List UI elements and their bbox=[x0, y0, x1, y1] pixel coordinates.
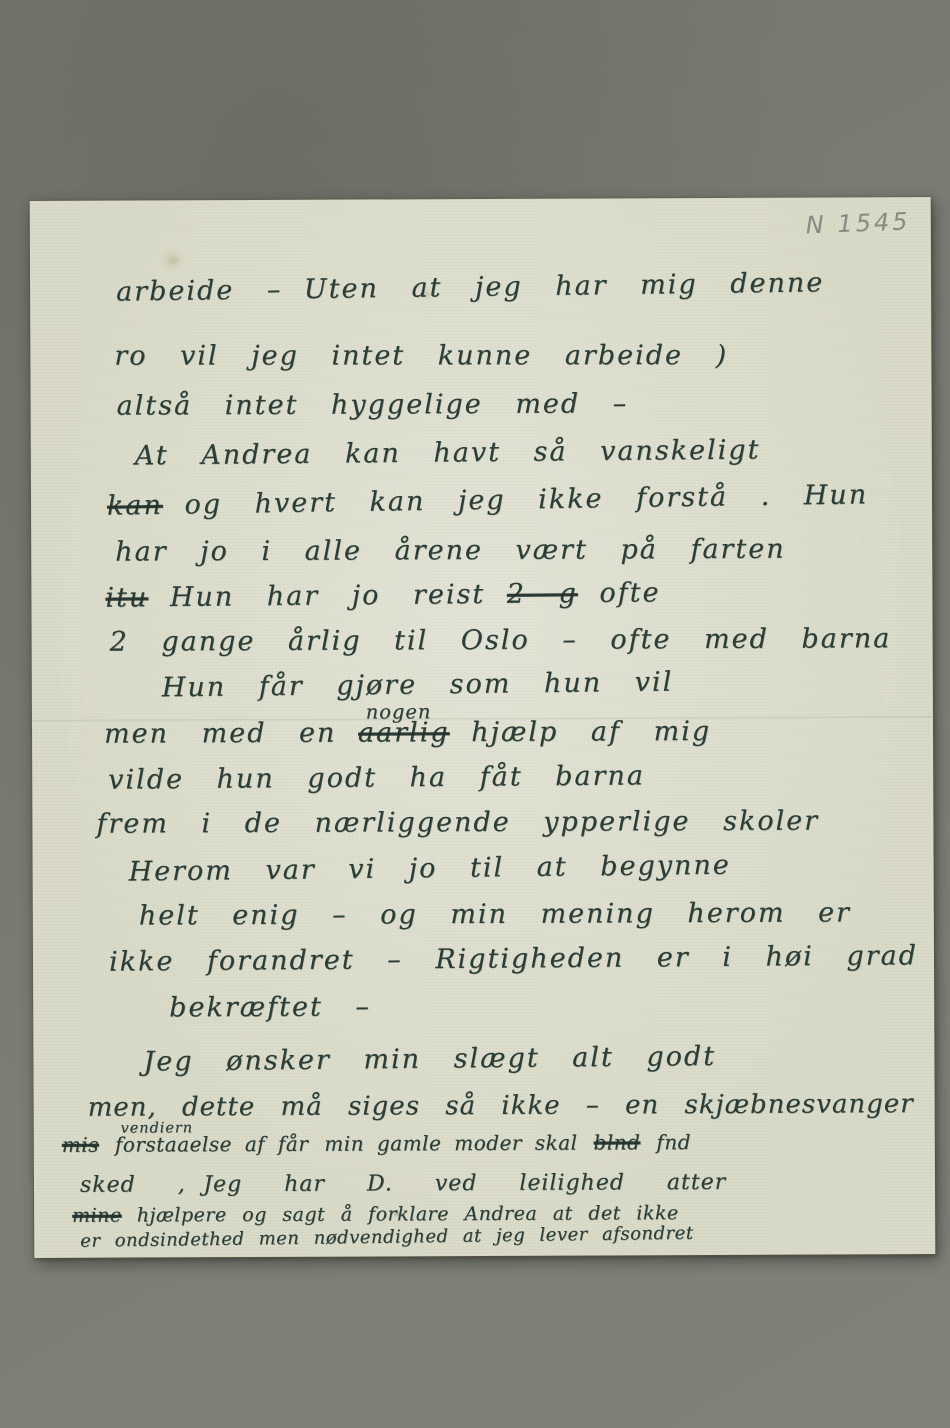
handwritten-text: altså intet hyggelige med – bbox=[117, 388, 629, 421]
scan-background: N 1545 arbeide –Uten at jeg har mig denn… bbox=[0, 0, 950, 1428]
handwritten-text: ikke forandret – Rigtigheden er i høi gr… bbox=[109, 940, 918, 977]
handwritten-line: 2 gange årlig til Oslo – ofte med barna bbox=[110, 623, 913, 658]
handwritten-line: Herom var vi jo til at begynne bbox=[128, 849, 752, 887]
handwritten-text: Jeg ønsker min slægt alt godt bbox=[143, 1041, 716, 1077]
handwritten-text: er ondsindethed men nødvendighed at jeg … bbox=[80, 1223, 694, 1252]
inserted-word-above: nogen bbox=[366, 701, 432, 724]
handwritten-text: min gamle moder skal bbox=[324, 1131, 577, 1156]
struck-word: blnd bbox=[593, 1130, 640, 1154]
inserted-word-above: vendiern bbox=[121, 1120, 193, 1136]
handwritten-line: bekræftet – bbox=[169, 991, 392, 1023]
handwritten-line: frem i de nærliggende ypperlige skoler bbox=[96, 805, 840, 839]
struck-word: itu bbox=[105, 582, 148, 613]
handwritten-text: At Andrea kan havt så vanskeligt bbox=[135, 435, 761, 472]
handwritten-text: hjælpere og sagt å forklare Andrea at de… bbox=[137, 1202, 679, 1226]
handwritten-line: ikke forandret – Rigtigheden er i høi gr… bbox=[109, 940, 940, 978]
handwritten-text: Jeg har D. ved leilighed atter bbox=[203, 1170, 726, 1197]
handwritten-text: bekræftet – bbox=[169, 991, 371, 1023]
handwritten-line: arbeide –Uten at jeg har mig denne bbox=[116, 267, 846, 308]
letter-page: N 1545 arbeide –Uten at jeg har mig denn… bbox=[30, 197, 936, 1258]
handwritten-text: helt enig – og min mening herom er bbox=[139, 897, 851, 931]
handwritten-text: fnd bbox=[656, 1130, 691, 1154]
handwritten-text: forstaaelse af fårvendiern bbox=[115, 1132, 309, 1157]
handwritten-line: sked ,Jeg har D. ved leilighed atter bbox=[80, 1170, 744, 1198]
handwritten-line: vilde hun godt ha fåt barna bbox=[108, 760, 667, 795]
handwritten-text: ro vil jeg intet kunne arbeide ) bbox=[114, 340, 728, 372]
struck-word: mine bbox=[72, 1205, 122, 1227]
letter-lines: arbeide –Uten at jeg har mig dennero vil… bbox=[30, 197, 936, 1258]
handwritten-text: men, dette må siges så ikke – en skjæbne… bbox=[88, 1089, 914, 1123]
handwritten-text: Herom var vi jo til at begynne bbox=[128, 850, 731, 888]
handwritten-line: Hun får gjøre som hun vil bbox=[162, 666, 695, 703]
handwritten-text: arbeide – bbox=[116, 274, 283, 307]
handwritten-text: Hun har jo reist bbox=[170, 579, 486, 613]
struck-word: aarlignogen bbox=[358, 717, 450, 748]
handwritten-line: At Andrea kan havt så vanskeligt bbox=[135, 434, 783, 471]
handwritten-line: ituHun har jo reist2 gofte bbox=[105, 577, 682, 614]
handwritten-text: vilde hun godt ha fåt barna bbox=[108, 760, 645, 795]
handwritten-line: misforstaaelse af fårvendiernmin gamle m… bbox=[62, 1130, 707, 1157]
handwritten-text: og hvert kan jeg ikke forstå . Hun bbox=[184, 479, 868, 520]
handwritten-line: Jeg ønsker min slægt alt godt bbox=[143, 1041, 738, 1078]
handwritten-text: sked , bbox=[80, 1172, 186, 1197]
struck-word: kan bbox=[107, 490, 163, 522]
handwritten-text: Hun får gjøre som hun vil bbox=[162, 667, 674, 704]
handwritten-text: har jo i alle årene vært på farten bbox=[115, 534, 786, 568]
handwritten-line: har jo i alle årene vært på farten bbox=[115, 534, 807, 568]
handwritten-text: ofte bbox=[599, 577, 660, 609]
struck-word: 2 g bbox=[507, 578, 578, 610]
handwritten-text: hjælp af mig bbox=[471, 716, 711, 748]
handwritten-text: frem i de nærliggende ypperlige skoler bbox=[96, 806, 819, 840]
handwritten-line: er ondsindethed men nødvendighed at jeg … bbox=[80, 1223, 708, 1252]
handwritten-line: men, dette må siges så ikke – en skjæbne… bbox=[88, 1089, 935, 1123]
handwritten-line: helt enig – og min mening herom er bbox=[139, 897, 873, 931]
handwritten-line: men med enaarlignogenhjælp af mig bbox=[104, 716, 733, 750]
handwritten-text: 2 gange årlig til Oslo – ofte med barna bbox=[110, 623, 892, 657]
handwritten-line: ro vil jeg intet kunne arbeide ) bbox=[114, 340, 749, 372]
handwritten-line: kanog hvert kan jeg ikke forstå . Hun bbox=[107, 479, 890, 522]
handwritten-text: Uten at jeg har mig denne bbox=[304, 267, 825, 305]
handwritten-text: men med en bbox=[104, 718, 337, 750]
struck-word: mis bbox=[62, 1133, 99, 1157]
handwritten-line: altså intet hyggelige med – bbox=[117, 388, 650, 421]
